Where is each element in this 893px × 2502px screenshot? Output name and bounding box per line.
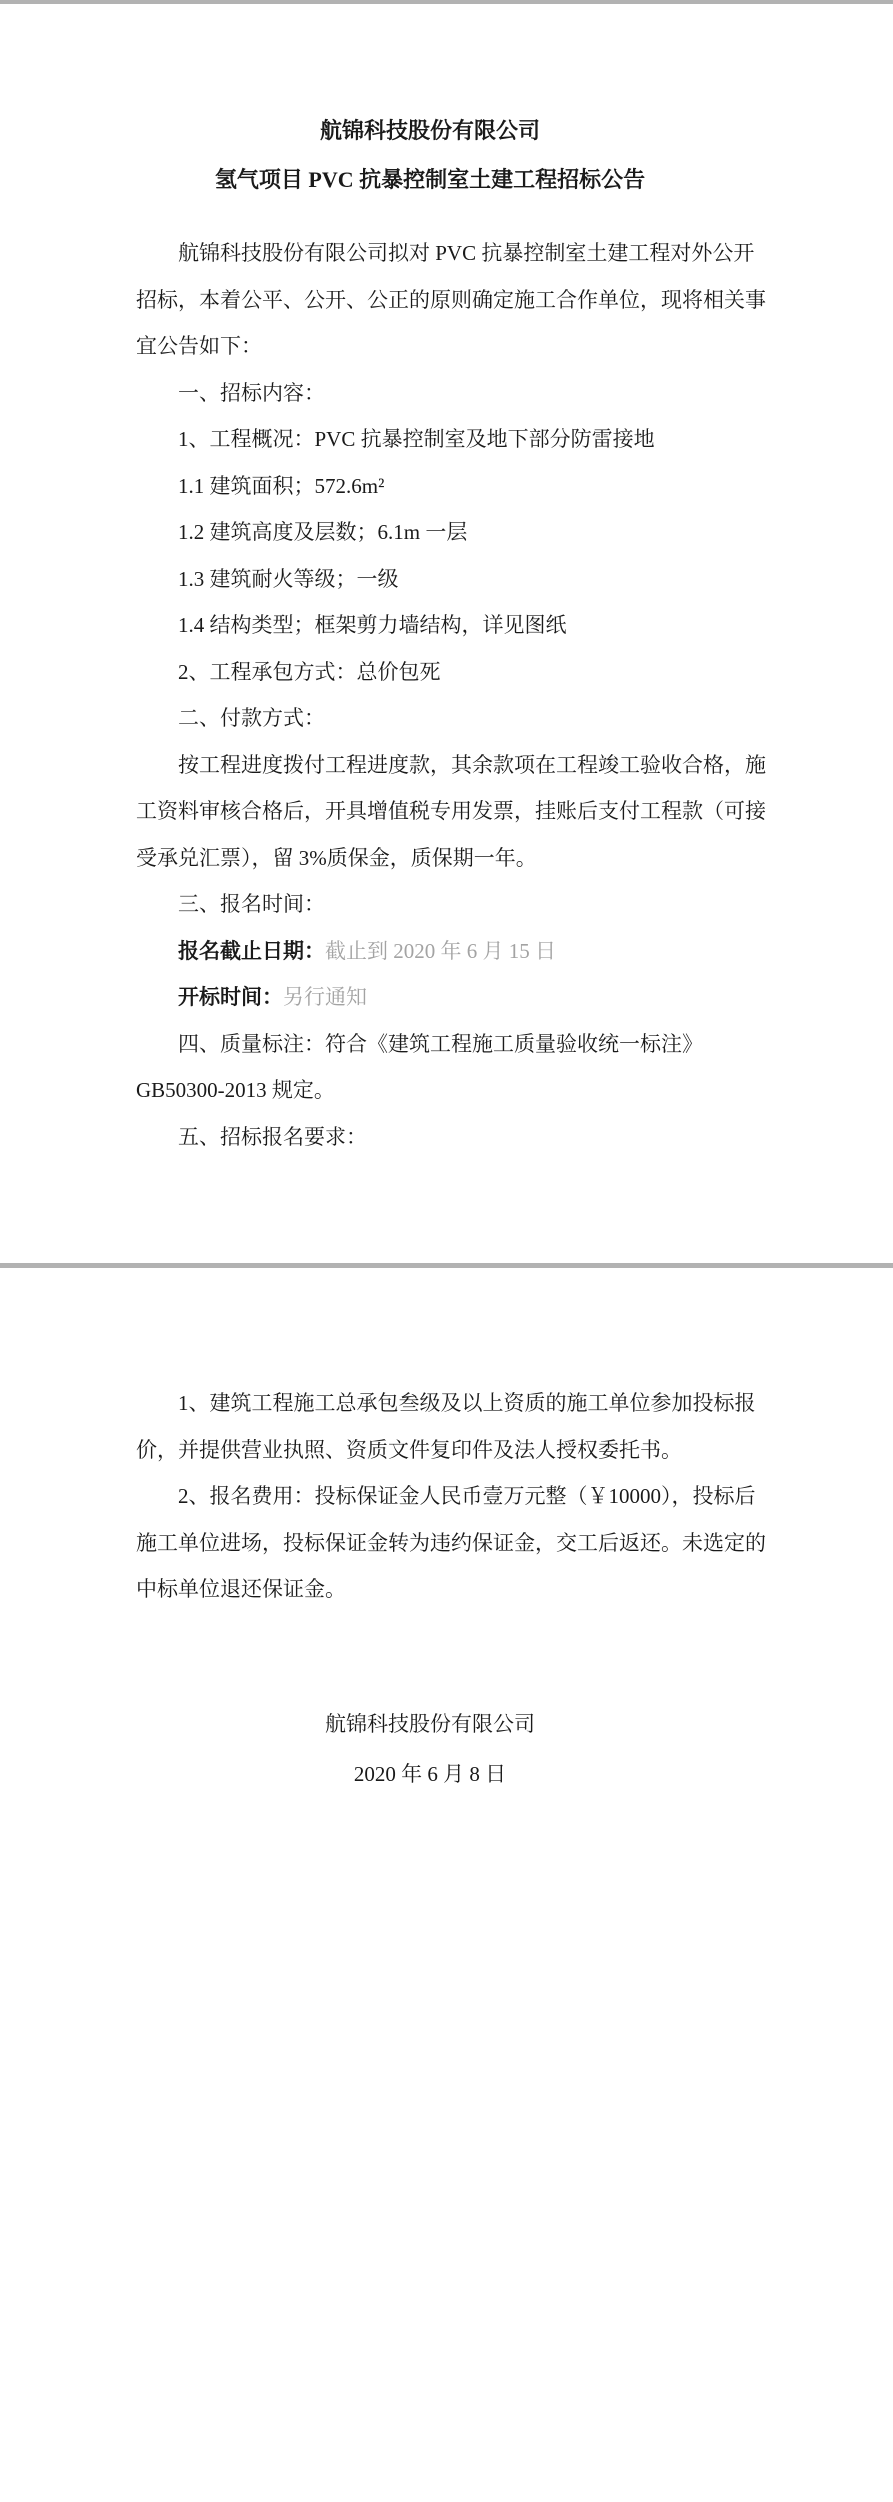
section-heading-3: 三、报名时间： [136,881,816,928]
document-line: 1.4 结构类型；框架剪力墙结构，详见图纸 [136,602,816,649]
signature-date: 2020 年 6 月 8 日 [110,1749,750,1799]
document-line: 受承兑汇票），留 3%质保金，质保期一年。 [136,835,816,882]
deadline-label: 报名截止日期： [178,939,325,963]
document-line: 1、建筑工程施工总承包叁级及以上资质的施工单位参加投标报 [136,1380,816,1427]
signature-block: 航锦科技股份有限公司 2020 年 6 月 8 日 [110,1699,750,1799]
deadline-value: 截止到 2020 年 6 月 15 日 [325,939,556,963]
document-page-2: 1、建筑工程施工总承包叁级及以上资质的施工单位参加投标报 价，并提供营业执照、资… [0,1268,893,2502]
document-line: GB50300-2013 规定。 [136,1067,816,1114]
document-line: 1.2 建筑高度及层数；6.1m 一层 [136,509,816,556]
section-heading-5: 五、招标报名要求： [136,1114,816,1161]
document-line: 按工程进度拨付工程进度款，其余款项在工程竣工验收合格，施 [136,742,816,789]
document-line: 2、工程承包方式：总价包死 [136,649,816,696]
bid-opening-line: 开标时间：另行通知 [136,974,816,1021]
bid-opening-value: 另行通知 [283,985,367,1009]
signature-company: 航锦科技股份有限公司 [110,1699,750,1749]
document-body-page-2: 1、建筑工程施工总承包叁级及以上资质的施工单位参加投标报 价，并提供营业执照、资… [0,1268,816,1613]
section-heading-2: 二、付款方式： [136,695,816,742]
document-body-page-1: 航锦科技股份有限公司拟对 PVC 抗暴控制室土建工程对外公开 招标，本着公平、公… [0,230,816,1160]
document-line: 1.1 建筑面积；572.6m² [136,463,816,510]
document-line: 1、工程概况：PVC 抗暴控制室及地下部分防雷接地 [136,416,816,463]
document-page-1: 航锦科技股份有限公司 氢气项目 PVC 抗暴控制室土建工程招标公告 航锦科技股份… [0,4,893,1263]
document-subtitle: 氢气项目 PVC 抗暴控制室土建工程招标公告 [110,165,750,195]
document-line: 1.3 建筑耐火等级；一级 [136,556,816,603]
document-line: 宜公告如下： [136,323,816,370]
bid-opening-label: 开标时间： [178,985,283,1009]
document-line: 工资料审核合格后，开具增值税专用发票，挂账后支付工程款（可接 [136,788,816,835]
document-line: 航锦科技股份有限公司拟对 PVC 抗暴控制室土建工程对外公开 [136,230,816,277]
section-heading-4: 四、质量标注：符合《建筑工程施工质量验收统一标注》 [136,1021,816,1068]
document-line: 施工单位进场，投标保证金转为违约保证金，交工后返还。未选定的 [136,1520,816,1567]
document-title: 航锦科技股份有限公司 [110,4,750,146]
deadline-line: 报名截止日期：截止到 2020 年 6 月 15 日 [136,928,816,975]
section-heading-1: 一、招标内容： [136,370,816,417]
document-line: 价，并提供营业执照、资质文件复印件及法人授权委托书。 [136,1427,816,1474]
document-line: 中标单位退还保证金。 [136,1566,816,1613]
document-line: 2、报名费用：投标保证金人民币壹万元整（￥10000），投标后 [136,1473,816,1520]
document-line: 招标，本着公平、公开、公正的原则确定施工合作单位，现将相关事 [136,277,816,324]
